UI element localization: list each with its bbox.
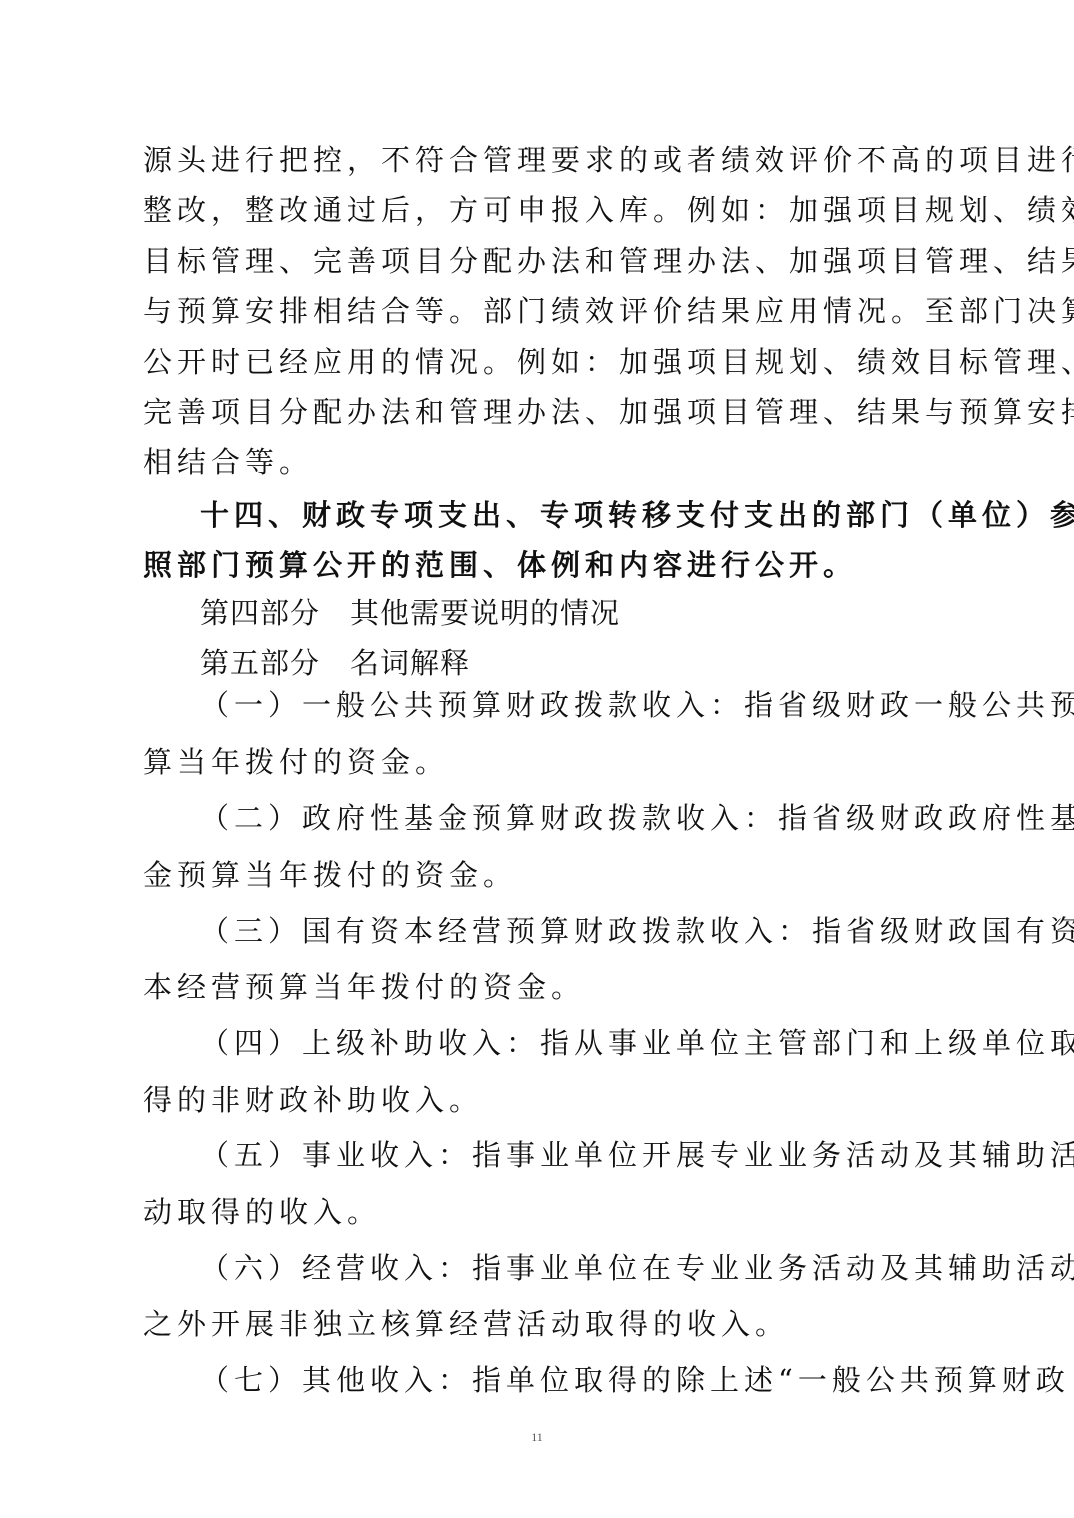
item-14-heading-line: 十四、财政专项支出、专项转移支付支出的部门（单位）参 <box>200 497 951 533</box>
paragraph-line: 与预算安排相结合等。部门绩效评价结果应用情况。至部门决算 <box>143 293 951 329</box>
definition-line: 算当年拨付的资金。 <box>143 744 951 780</box>
paragraph-line: 完善项目分配办法和管理办法、加强项目管理、结果与预算安排 <box>143 394 951 430</box>
definition-line: （六）经营收入：指事业单位在专业业务活动及其辅助活动 <box>200 1250 951 1286</box>
page-number: 11 <box>0 1430 1074 1445</box>
part-4-heading: 第四部分 其他需要说明的情况 <box>200 595 951 631</box>
definition-line: （四）上级补助收入：指从事业单位主管部门和上级单位取 <box>200 1025 951 1061</box>
paragraph-line: 源头进行把控，不符合管理要求的或者绩效评价不高的项目进行 <box>143 142 951 178</box>
paragraph-line: 整改，整改通过后，方可申报入库。例如：加强项目规划、绩效 <box>143 192 951 228</box>
definition-line: （二）政府性基金预算财政拨款收入：指省级财政政府性基 <box>200 800 951 836</box>
definition-line: 本经营预算当年拨付的资金。 <box>143 969 951 1005</box>
definition-line: （一）一般公共预算财政拨款收入：指省级财政一般公共预 <box>200 687 951 723</box>
definition-line: （三）国有资本经营预算财政拨款收入：指省级财政国有资 <box>200 913 951 949</box>
definition-line: 之外开展非独立核算经营活动取得的收入。 <box>143 1306 951 1342</box>
definition-line: 得的非财政补助收入。 <box>143 1082 951 1118</box>
item-14-heading-line: 照部门预算公开的范围、体例和内容进行公开。 <box>143 547 951 583</box>
definition-line: 动取得的收入。 <box>143 1194 951 1230</box>
definition-line: 金预算当年拨付的资金。 <box>143 857 951 893</box>
paragraph-line: 相结合等。 <box>143 444 951 480</box>
paragraph-line: 公开时已经应用的情况。例如：加强项目规划、绩效目标管理、 <box>143 344 951 380</box>
paragraph-line: 目标管理、完善项目分配办法和管理办法、加强项目管理、结果 <box>143 243 951 279</box>
part-5-heading: 第五部分 名词解释 <box>200 645 951 681</box>
definition-line: （七）其他收入：指单位取得的除上述“一般公共预算财政 <box>200 1362 951 1398</box>
definition-line: （五）事业收入：指事业单位开展专业业务活动及其辅助活 <box>200 1137 951 1173</box>
